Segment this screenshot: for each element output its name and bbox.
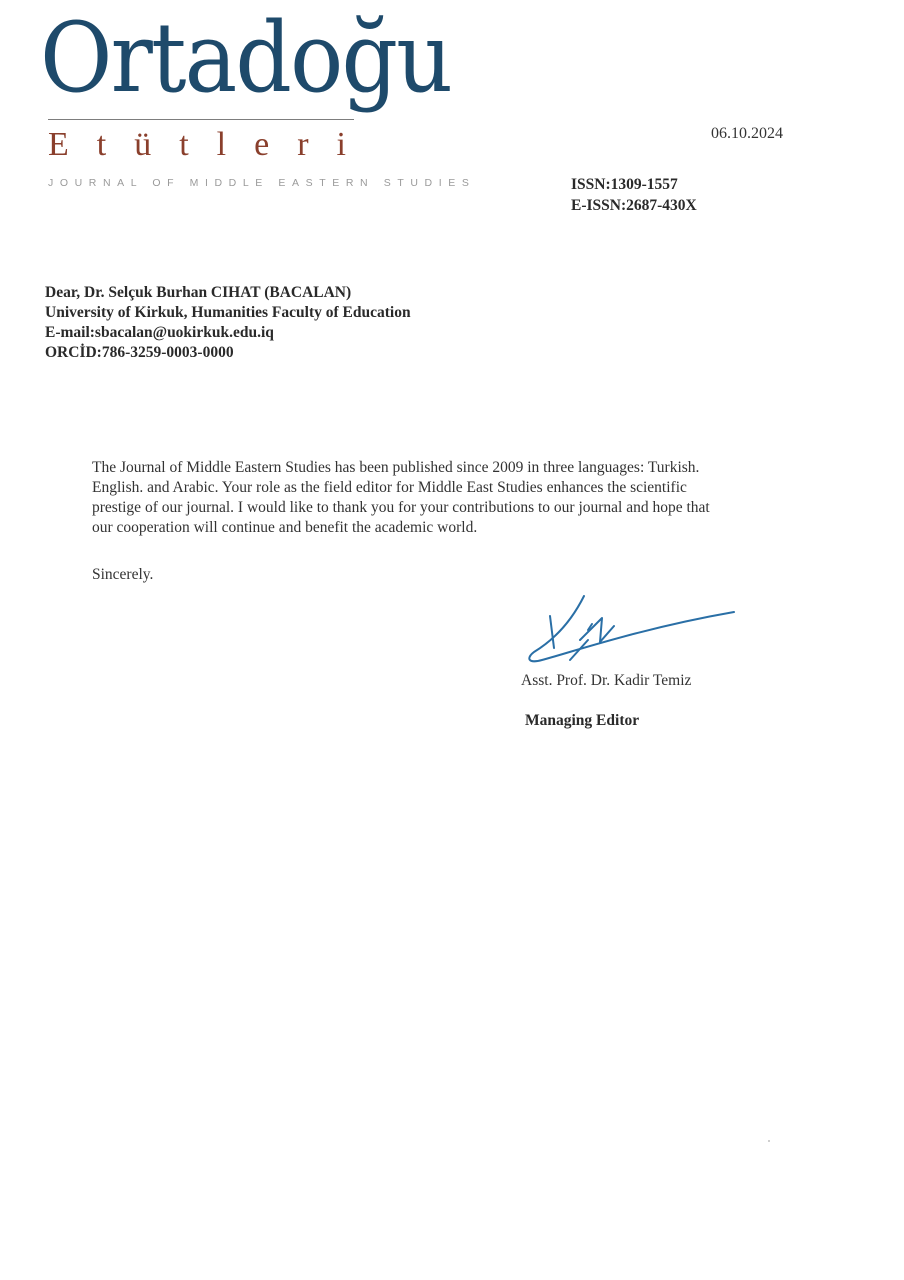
journal-tagline: JOURNAL OF MIDDLE EASTERN STUDIES [48, 177, 475, 189]
recipient-block: Dear, Dr. Selçuk Burhan CIHAT (BACALAN) … [45, 283, 411, 363]
recipient-email: E-mail:sbacalan@uokirkuk.edu.iq [45, 323, 411, 343]
signer-title: Managing Editor [525, 712, 639, 730]
body-line: The Journal of Middle Eastern Studies ha… [92, 458, 812, 478]
scan-speck [768, 1140, 770, 1142]
letter-date: 06.10.2024 [711, 125, 783, 143]
body-line: prestige of our journal. I would like to… [92, 498, 812, 518]
recipient-affiliation: University of Kirkuk, Humanities Faculty… [45, 303, 411, 323]
salutation: Dear, Dr. Selçuk Burhan CIHAT (BACALAN) [45, 283, 411, 303]
logo-divider [48, 119, 354, 120]
closing: Sincerely. [92, 566, 153, 584]
recipient-orcid: ORCİD:786-3259-0003-0000 [45, 343, 411, 363]
journal-logo-subtitle: Etütleri [48, 128, 374, 162]
issn-electronic: E-ISSN:2687-430X [571, 195, 697, 216]
signer-name: Asst. Prof. Dr. Kadir Temiz [521, 672, 691, 690]
body-line: our cooperation will continue and benefi… [92, 518, 812, 538]
issn-print: ISSN:1309-1557 [571, 174, 697, 195]
body-paragraph: The Journal of Middle Eastern Studies ha… [92, 458, 812, 538]
signature-icon [522, 590, 742, 670]
letter-body: The Journal of Middle Eastern Studies ha… [92, 458, 812, 538]
body-line: English. and Arabic. Your role as the fi… [92, 478, 812, 498]
issn-block: ISSN:1309-1557 E-ISSN:2687-430X [571, 174, 697, 216]
journal-logo-title: Ortadoğu [40, 10, 451, 106]
